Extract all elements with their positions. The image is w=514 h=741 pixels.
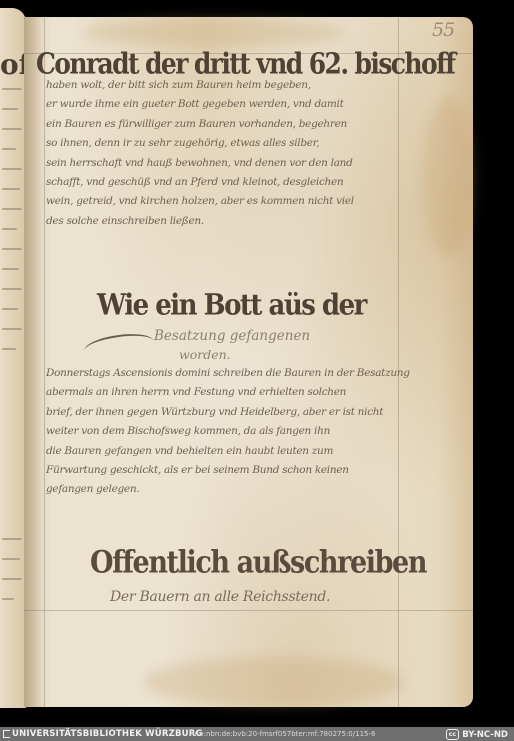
margin-rule-right — [398, 17, 399, 707]
text-line: wein, getreid, vnd kirchen holzen, aber … — [46, 195, 354, 214]
section-subheading-line-1: Besatzung gefangenen — [154, 328, 310, 344]
chapter-heading: Conradt der dritt vnd 62. bischoff — [36, 47, 454, 80]
library-logo-icon — [3, 730, 10, 738]
text-line: haben wolt, der bitt sich zum Bauren hei… — [46, 79, 354, 98]
section-heading-bote: Wie ein Bott aüs der — [97, 289, 366, 322]
folio-number: 55 — [432, 19, 454, 41]
text-line: des solche einschreiben ließen. — [46, 215, 354, 234]
footer-bar: UNIVERSITÄTSBIBLIOTHEK WÜRZBURG urn:nbn:… — [0, 727, 514, 741]
section-heading-ausschreiben: Offentlich außschreiben — [90, 545, 426, 581]
previous-page-edge: of — [0, 8, 26, 708]
manuscript-page: 55 Conradt der dritt vnd 62. bischoff ha… — [24, 17, 473, 707]
library-logo[interactable]: UNIVERSITÄTSBIBLIOTHEK WÜRZBURG — [3, 729, 203, 739]
margin-rule-left — [44, 17, 45, 707]
text-line: weiter von dem Bischofsweg kommen, da al… — [46, 425, 410, 444]
text-line: brief, der ihnen gegen Würtzburg vnd Hei… — [46, 406, 410, 425]
body-paragraph-1: haben wolt, der bitt sich zum Bauren hei… — [46, 79, 354, 234]
library-name: UNIVERSITÄTSBIBLIOTHEK WÜRZBURG — [12, 729, 203, 739]
pen-flourish — [83, 330, 155, 362]
section-subheading-line-2: worden. — [179, 347, 231, 362]
text-line: Fürwartung geschickt, als er bei seinem … — [46, 464, 410, 483]
text-line: abermals an ihren herrn vnd Festung vnd … — [46, 386, 410, 405]
license-label: BY-NC-ND — [462, 730, 508, 740]
text-line: gefangen gelegen. — [46, 483, 410, 502]
text-line: die Bauren gefangen vnd behielten ein ha… — [46, 445, 410, 464]
urn-identifier[interactable]: urn:nbn:de:bvb:20-fmsrf057bter:mf:780275… — [192, 730, 375, 738]
text-line: er wurde ihme ein gueter Bott gegeben we… — [46, 98, 354, 117]
rule-bottom — [24, 610, 473, 611]
text-line: Donnerstags Ascensionis domini schreiben… — [46, 367, 410, 386]
text-line: ein Bauren es fürwilliger zum Bauren vor… — [46, 118, 354, 137]
body-paragraph-2: Donnerstags Ascensionis domini schreiben… — [46, 367, 410, 503]
text-line: sein herrschaft vnd hauß bewohnen, vnd d… — [46, 157, 354, 176]
cc-icon: cc — [446, 729, 460, 740]
section-subheading: Der Bauern an alle Reichsstend. — [110, 589, 330, 605]
gutter-shadow — [24, 17, 42, 707]
text-line: schafft, vnd geschüß vnd an Pferd vnd kl… — [46, 176, 354, 195]
license-badge[interactable]: cc BY-NC-ND — [446, 729, 508, 740]
image-viewer[interactable]: of 55 Conradt der dritt vnd 62. bischoff — [0, 0, 514, 727]
text-line: so ihnen, denn ir zu sehr zugehörig, etw… — [46, 137, 354, 156]
